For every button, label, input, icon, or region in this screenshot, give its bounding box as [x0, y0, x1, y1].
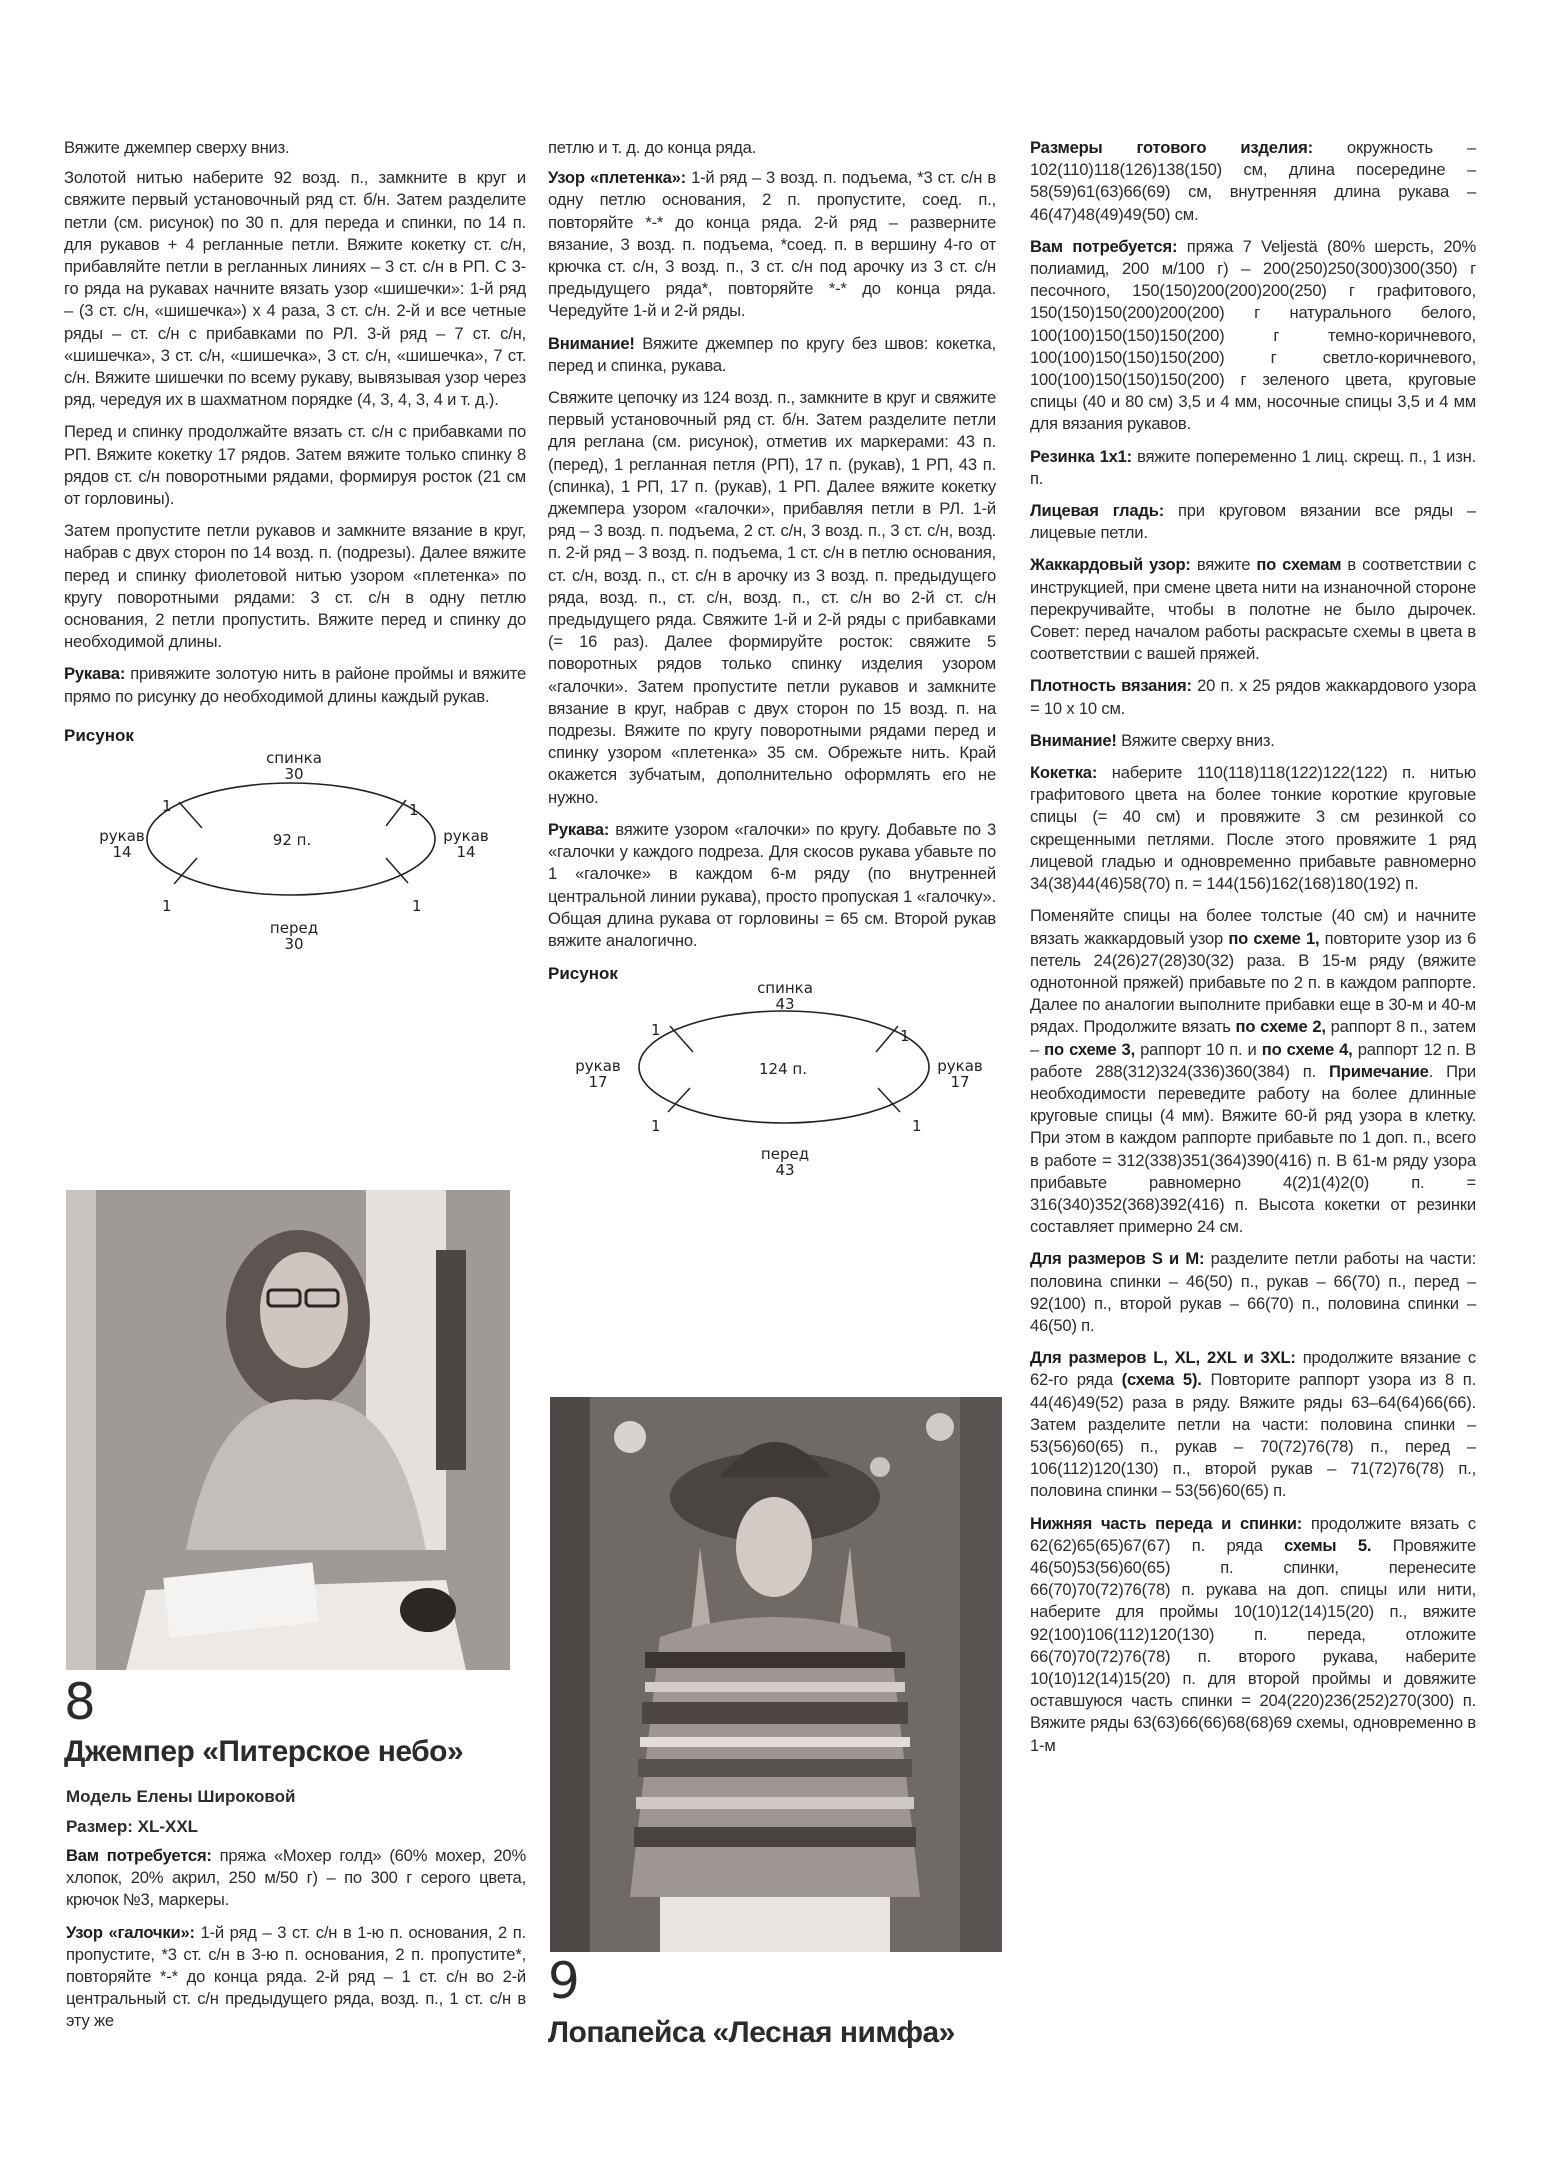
- finished-sizes-paragraph: Размеры готового изделия: окружность – 1…: [1030, 137, 1476, 226]
- attention-paragraph: Внимание! Вяжите сверху вниз.: [1030, 730, 1476, 752]
- sizes-l-3xl-label: Для размеров L, XL, 2XL и 3XL:: [1030, 1348, 1296, 1367]
- sleeves-label: Рукава:: [548, 820, 609, 839]
- model-9-photo: [550, 1397, 1002, 1952]
- attention-paragraph: Внимание! Вяжите джемпер по кругу без шв…: [548, 333, 996, 377]
- sleeves-text: привяжите золотую нить в районе проймы и…: [64, 664, 526, 705]
- intro-text: Вяжите джемпер сверху вниз.: [64, 137, 526, 159]
- model-8-details: Модель Елены Широковой Размер: XL-XXL Ва…: [66, 1785, 526, 2043]
- model-8-photo: [66, 1190, 510, 1670]
- stitch-diagram-2: спинка43 1 1 1 1 рукав17 124 п. рукав17 …: [548, 966, 988, 1156]
- model-title: Лопапейса «Лесная нимфа»: [548, 2016, 955, 2050]
- diagram-label-left-sleeve: рукав17: [566, 1058, 630, 1090]
- pletenka-text: 1-й ряд – 3 возд. п. подъема, *3 ст. с/н…: [548, 168, 996, 320]
- jacquard-label: Жаккардовый узор:: [1030, 555, 1191, 574]
- yoke-label: Кокетка:: [1030, 763, 1097, 782]
- attention-label: Внимание!: [548, 334, 635, 353]
- model-number: 9: [548, 1952, 580, 2010]
- continuation-text: петлю и т. д. до конца ряда.: [548, 137, 996, 159]
- diagram-label-back: спинка43: [750, 980, 820, 1012]
- photo-woman-in-hat-icon: [550, 1397, 1002, 1952]
- column-2: петлю и т. д. до конца ряда. Узор «плете…: [548, 137, 996, 1156]
- diagram-corner-label: 1: [900, 1028, 910, 1044]
- stitch-diagram-1: спинка30 1 1 1 1 рукав14 92 п. рукав14 п…: [64, 742, 504, 932]
- needle-change-paragraph: Поменяйте спицы на более толстые (40 см)…: [1030, 905, 1476, 1238]
- diagram-corner-label: 1: [651, 1022, 661, 1038]
- stockinette-label: Лицевая гладь:: [1030, 501, 1164, 520]
- diagram-label-front: перед30: [259, 920, 329, 952]
- diagram-corner-label: 1: [162, 898, 172, 914]
- materials-label: Вам потребуется:: [66, 1846, 212, 1865]
- rib-label: Резинка 1х1:: [1030, 447, 1132, 466]
- column-3: Размеры готового изделия: окружность – 1…: [1030, 137, 1476, 1767]
- stockinette-paragraph: Лицевая гладь: при круговом вязании все …: [1030, 500, 1476, 544]
- main-instructions: Свяжите цепочку из 124 возд. п., замкнит…: [548, 387, 996, 809]
- column-1: Вяжите джемпер сверху вниз. Золотой нить…: [64, 137, 526, 932]
- model-title: Джемпер «Питерское небо»: [64, 1735, 463, 1769]
- lower-body-paragraph: Нижняя часть переда и спинки: продолжите…: [1030, 1513, 1476, 1757]
- schemes-emphasis: по схемам: [1256, 555, 1341, 574]
- sleeves-paragraph: Рукава: вяжите узором «галочки» по кругу…: [548, 819, 996, 952]
- yoke-text: наберите 110(118)118(122)122(122) п. нит…: [1030, 763, 1476, 893]
- diagram-center-count: 124 п.: [748, 1061, 818, 1077]
- diagram-label-right-sleeve: рукав14: [436, 828, 496, 860]
- sleeves-paragraph: Рукава: привяжите золотую нить в районе …: [64, 663, 526, 707]
- finished-sizes-label: Размеры готового изделия:: [1030, 138, 1313, 157]
- materials-label: Вам потребуется:: [1030, 237, 1177, 256]
- materials-text: пряжа 7 Veljestä (80% шерсть, 20% полиам…: [1030, 237, 1476, 434]
- model-author: Модель Елены Широковой: [66, 1785, 526, 1809]
- diagram-corner-label: 1: [409, 802, 419, 818]
- instructions-paragraph: Затем пропустите петли рукавов и замкнит…: [64, 520, 526, 653]
- diagram-label-back: спинка30: [259, 750, 329, 782]
- diagram-corner-label: 1: [162, 798, 172, 814]
- instructions-paragraph: Золотой нитью наберите 92 возд. п., замк…: [64, 167, 526, 411]
- diagram-corner-label: 1: [412, 898, 422, 914]
- instructions-paragraph: Перед и спинку продолжайте вязать ст. с/…: [64, 421, 526, 510]
- pattern-label: Узор «галочки»:: [66, 1923, 195, 1942]
- sizes-s-m-label: Для размеров S и M:: [1030, 1249, 1204, 1268]
- sleeves-label: Рукава:: [64, 664, 125, 683]
- yoke-paragraph: Кокетка: наберите 110(118)118(122)122(12…: [1030, 762, 1476, 895]
- pletenka-label: Узор «плетенка»:: [548, 168, 686, 187]
- rib-paragraph: Резинка 1х1: вяжите попеременно 1 лиц. с…: [1030, 446, 1476, 490]
- gauge-paragraph: Плотность вязания: 20 п. х 25 рядов жакк…: [1030, 675, 1476, 719]
- diagram-label-left-sleeve: рукав14: [92, 828, 152, 860]
- diagram-corner-label: 1: [651, 1118, 661, 1134]
- diagram-center-count: 92 п.: [262, 832, 322, 848]
- attention-text: Вяжите сверху вниз.: [1117, 731, 1275, 750]
- diagram-label-right-sleeve: рукав17: [928, 1058, 992, 1090]
- attention-label: Внимание!: [1030, 731, 1117, 750]
- model-size: Размер: XL-XXL: [66, 1815, 526, 1839]
- sizes-s-m-paragraph: Для размеров S и M: разделите петли рабо…: [1030, 1248, 1476, 1337]
- jacquard-paragraph: Жаккардовый узор: вяжите по схемам в соо…: [1030, 554, 1476, 665]
- materials-paragraph: Вам потребуется: пряжа «Мохер голд» (60%…: [66, 1845, 526, 1912]
- photo-woman-at-desk-icon: [66, 1190, 510, 1670]
- pletenka-paragraph: Узор «плетенка»: 1-й ряд – 3 возд. п. по…: [548, 167, 996, 322]
- gauge-label: Плотность вязания:: [1030, 676, 1192, 695]
- model-number: 8: [64, 1673, 96, 1731]
- pattern-paragraph: Узор «галочки»: 1-й ряд – 3 ст. с/н в 1-…: [66, 1922, 526, 2033]
- sizes-l-3xl-paragraph: Для размеров L, XL, 2XL и 3XL: продолжит…: [1030, 1347, 1476, 1502]
- diagram-label-front: перед43: [750, 1146, 820, 1178]
- materials-paragraph: Вам потребуется: пряжа 7 Veljestä (80% ш…: [1030, 236, 1476, 436]
- diagram-corner-label: 1: [912, 1118, 922, 1134]
- sleeves-text: вяжите узором «галочки» по кругу. Добавь…: [548, 820, 996, 950]
- lower-body-label: Нижняя часть переда и спинки:: [1030, 1514, 1302, 1533]
